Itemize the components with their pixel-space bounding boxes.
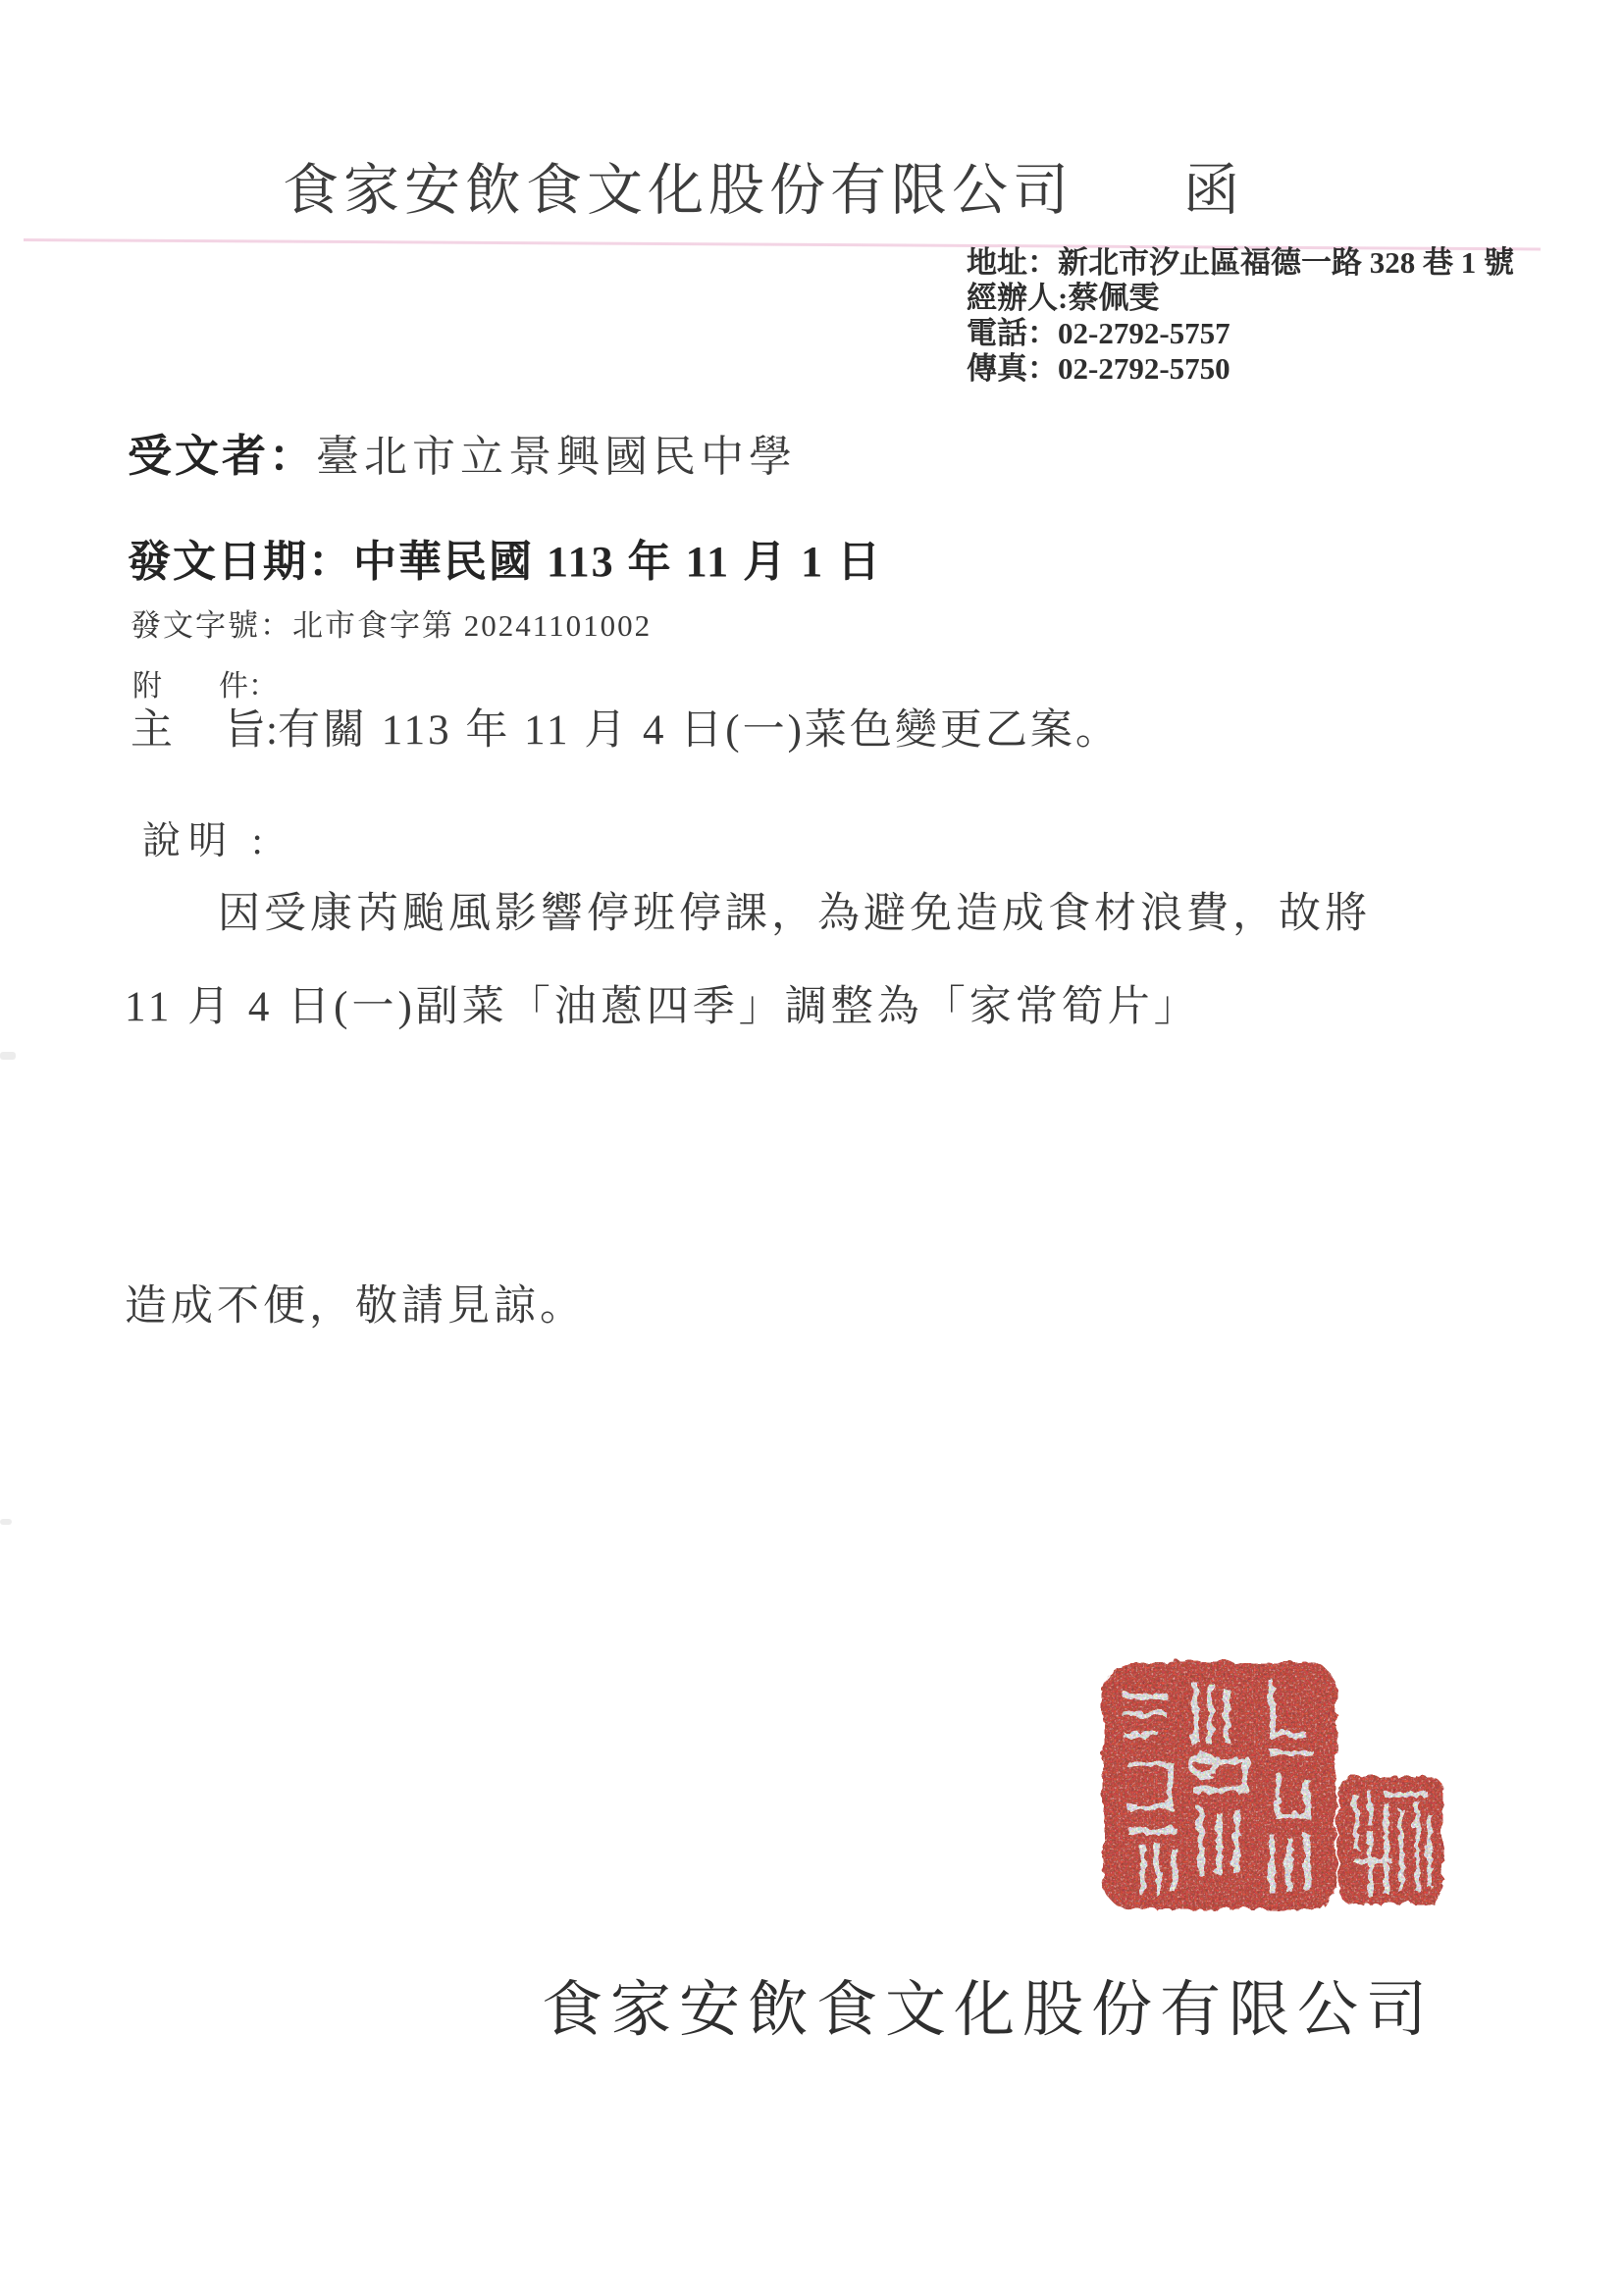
phone-label: 電話：: [967, 316, 1058, 350]
recipient-label: 受文者：: [128, 432, 316, 481]
company-name-title: 食家安飲食文化股份有限公司: [283, 160, 1073, 222]
document-type-label: 函: [1183, 160, 1239, 222]
fax-value: 02-2792-5750: [1058, 351, 1230, 386]
scan-smudge-artifact: [0, 1519, 12, 1525]
address-row: 地址：新北市汐止區福德一路 328 巷 1 號: [967, 245, 1514, 281]
company-seal-stamp: [1077, 1637, 1460, 1931]
recipient-line: 受文者：臺北市立景興國民中學: [128, 420, 797, 484]
agent-label: 經辦人:: [967, 281, 1068, 315]
fax-row: 傳真：02-2792-5750: [967, 351, 1514, 387]
agent-row: 經辦人:蔡佩雯: [967, 281, 1514, 316]
closing-apology-line: 造成不便，敬請見諒。: [125, 1273, 586, 1332]
reference-number-label: 發文字號：: [131, 608, 292, 643]
reference-number-value: 北市食字第 20241101002: [292, 608, 652, 643]
recipient-value: 臺北市立景興國民中學: [316, 433, 797, 481]
phone-value: 02-2792-5757: [1058, 316, 1230, 350]
fax-label: 傳真：: [967, 351, 1058, 386]
letterhead-info: 地址：新北市汐止區福德一路 328 巷 1 號 經辦人:蔡佩雯 電話：02-27…: [967, 245, 1514, 387]
issue-date-line: 發文日期：中華民國 113 年 11 月 1 日: [128, 526, 882, 589]
letter-title: 食家安飲食文化股份有限公司函: [283, 145, 1239, 226]
issue-date-label: 發文日期：: [128, 538, 353, 586]
subject-value: 有關 113 年 11 月 4 日(一)菜色變更乙案。: [278, 707, 1121, 754]
address-value: 新北市汐止區福德一路 328 巷 1 號: [1058, 245, 1514, 280]
reference-number-line: 發文字號：北市食字第 20241101002: [131, 600, 652, 645]
scan-smudge-artifact: [0, 1052, 16, 1060]
scanned-letter-page: 食家安飲食文化股份有限公司函 地址：新北市汐止區福德一路 328 巷 1 號 經…: [0, 0, 1623, 2296]
subject-line: 主旨:有關 113 年 11 月 4 日(一)菜色變更乙案。: [131, 697, 1121, 757]
subject-label-left: 主: [131, 707, 173, 754]
company-seal-svg: [1077, 1637, 1460, 1931]
issue-date-value: 中華民國 113 年 11 月 1 日: [353, 538, 882, 586]
phone-row: 電話：02-2792-5757: [967, 316, 1514, 351]
company-signature: 食家安飲食文化股份有限公司: [542, 1960, 1435, 2048]
agent-value: 蔡佩雯: [1068, 281, 1159, 315]
body-paragraph-line-2: 11 月 4 日(一)副菜「油蔥四季」調整為「家常筍片」: [125, 973, 1200, 1033]
body-paragraph-line-1: 因受康芮颱風影響停班停課，為避免造成食材浪費，故將: [218, 880, 1371, 940]
subject-label-right: 旨:: [224, 707, 278, 754]
address-label: 地址：: [967, 245, 1058, 280]
explanation-heading: 說明 :: [142, 810, 271, 865]
